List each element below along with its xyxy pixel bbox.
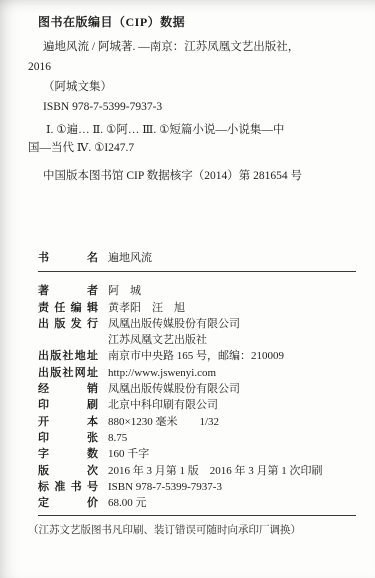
field-label: 定价 — [38, 495, 98, 511]
field-label: 责任编辑 — [38, 300, 98, 316]
field-label: 出版发行 — [38, 316, 98, 332]
colophon-row-word-count: 字数 160 千字 — [38, 446, 356, 462]
replacement-notice: （江苏文艺版图书凡印刷、装订错误可随时向承印厂调换） — [0, 523, 375, 538]
field-label: 版次 — [38, 463, 98, 479]
cip-heading: 图书在版编目（CIP）数据 — [38, 14, 355, 31]
colophon-row-price: 定价 68.00 元 — [38, 495, 356, 511]
field-label: 出版社网址 — [38, 365, 98, 381]
divider-bottom — [38, 515, 356, 516]
colophon-row-format: 开本 880×1230 毫米 1/32 — [38, 414, 356, 430]
colophon-row-publisher: 出版发行 凤凰出版传媒股份有限公司江苏凤凰文艺出版社 — [38, 316, 356, 349]
field-value: 凤凰出版传媒股份有限公司 — [108, 381, 356, 397]
field-label: 经销 — [38, 381, 98, 397]
colophon-row-printer: 印刷 北京中科印刷有限公司 — [38, 397, 356, 413]
field-value: 北京中科印刷有限公司 — [108, 397, 356, 413]
colophon-row-book-title: 书名 遍地风流 — [38, 250, 356, 266]
field-label: 开本 — [38, 414, 98, 430]
cip-series-line: （阿城文集） — [28, 77, 355, 97]
field-value: http://www.jswenyi.com — [108, 365, 356, 381]
cip-title-line: 遍地风流 / 阿城著. —南京：江苏凤凰文艺出版社， — [28, 37, 355, 57]
colophon-row-distributor: 经销 凤凰出版传媒股份有限公司 — [38, 381, 356, 397]
field-value-line1: 凤凰出版传媒股份有限公司 — [108, 318, 240, 330]
field-label: 出版社地址 — [38, 348, 98, 364]
cip-classification-wrap-line: 国—当代 Ⅳ. ①I247.7 — [28, 139, 355, 157]
colophon-row-author: 著者 阿 城 — [38, 283, 356, 299]
field-value: 880×1230 毫米 1/32 — [108, 414, 356, 430]
field-value: ISBN 978-7-5399-7937-3 — [108, 479, 356, 495]
colophon-rows: 著者 阿 城 责任编辑 黄孝阳 汪 旭 出版发行 凤凰出版传媒股份有限公司江苏凤… — [38, 283, 356, 511]
field-value: 阿 城 — [108, 283, 356, 299]
field-value: 黄孝阳 汪 旭 — [108, 300, 356, 316]
cip-classification-line: Ⅰ. ①遍… Ⅱ. ①阿… Ⅲ. ①短篇小说—小说集—中 — [28, 121, 355, 139]
field-value: 160 千字 — [108, 446, 356, 462]
field-label: 标准书号 — [38, 479, 98, 495]
field-value: 南京市中央路 165 号，邮编：210009 — [108, 348, 356, 364]
colophon-row-standard-isbn: 标准书号 ISBN 978-7-5399-7937-3 — [38, 479, 356, 495]
field-label: 印张 — [38, 430, 98, 446]
colophon-row-editor: 责任编辑 黄孝阳 汪 旭 — [38, 300, 356, 316]
field-value: 8.75 — [108, 430, 356, 446]
colophon-row-publisher-website: 出版社网址 http://www.jswenyi.com — [38, 365, 356, 381]
colophon-row-edition: 版次 2016 年 3 月第 1 版 2016 年 3 月第 1 次印刷 — [38, 463, 356, 479]
field-value: 2016 年 3 月第 1 版 2016 年 3 月第 1 次印刷 — [108, 463, 356, 479]
field-label: 书名 — [38, 250, 98, 266]
field-value: 凤凰出版传媒股份有限公司江苏凤凰文艺出版社 — [108, 316, 356, 349]
field-value: 遍地风流 — [108, 250, 356, 266]
field-label: 字数 — [38, 446, 98, 462]
cip-year-line: 2016 — [28, 57, 355, 77]
field-value: 68.00 元 — [108, 495, 356, 511]
copyright-page: 图书在版编目（CIP）数据 遍地风流 / 阿城著. —南京：江苏凤凰文艺出版社，… — [0, 0, 375, 578]
cip-record-number-line: 中国版本图书馆 CIP 数据核字（2014）第 281654 号 — [28, 166, 355, 186]
colophon-row-publisher-address: 出版社地址 南京市中央路 165 号，邮编：210009 — [38, 348, 356, 364]
colophon-table: 书名 遍地风流 著者 阿 城 责任编辑 黄孝阳 汪 旭 出版发行 凤凰出版传媒股… — [0, 250, 375, 516]
cip-block: 图书在版编目（CIP）数据 遍地风流 / 阿城著. —南京：江苏凤凰文艺出版社，… — [0, 0, 375, 186]
field-label: 著者 — [38, 283, 98, 299]
colophon-row-sheets: 印张 8.75 — [38, 430, 356, 446]
field-value-line2: 江苏凤凰文艺出版社 — [108, 332, 356, 348]
field-label: 印刷 — [38, 397, 98, 413]
cip-isbn-line: ISBN 978-7-5399-7937-3 — [28, 97, 355, 117]
divider-top — [38, 271, 356, 272]
